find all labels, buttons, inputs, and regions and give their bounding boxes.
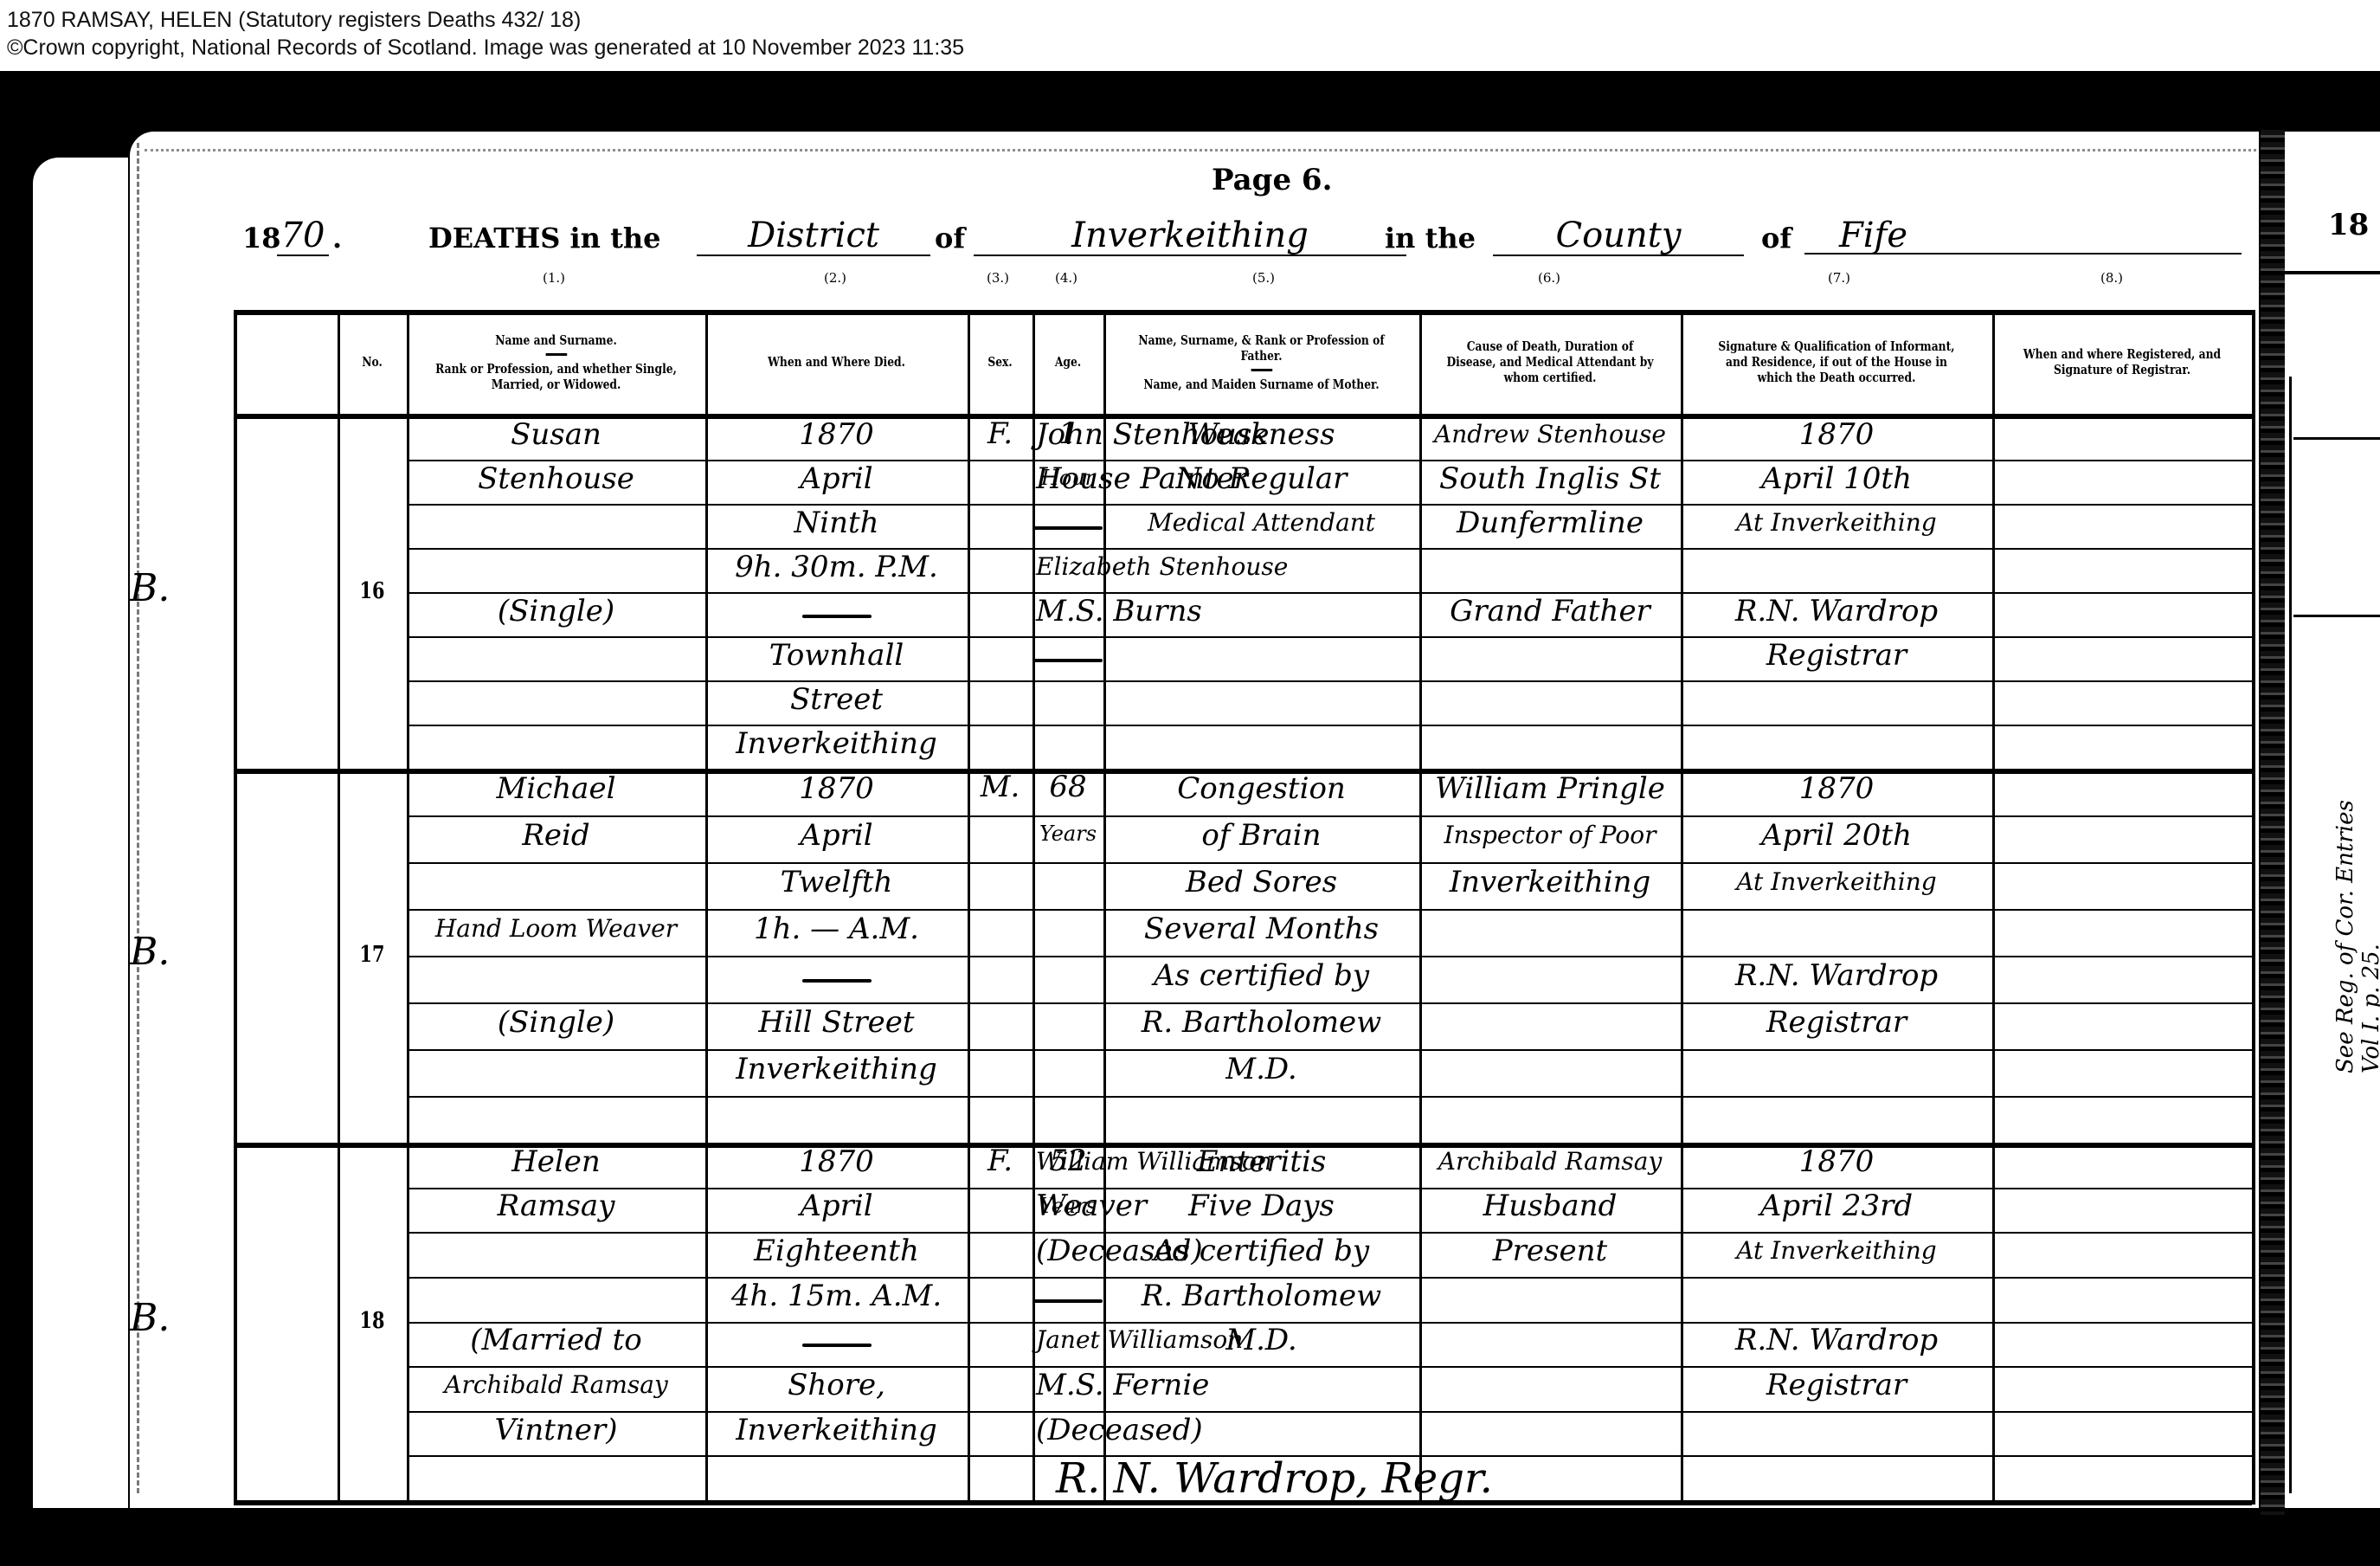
header-parents-bottom: Name, and Maiden Surname of Mother. <box>1143 377 1379 392</box>
registration-line: Registrar <box>1684 1363 1989 1407</box>
facing-page-year: 18 <box>2328 208 2369 242</box>
blank-dash <box>1033 659 1103 662</box>
header-age: Age. <box>1039 310 1097 414</box>
register-heading: 18 70 . DEATHS in the District of Inverk… <box>242 216 2250 260</box>
blank-dash <box>1033 526 1103 530</box>
name-line: Reid <box>410 814 702 857</box>
deaths-register-table: No. Name and Surname.Rank or Profession,… <box>234 310 2252 1505</box>
blank-dash <box>802 979 872 983</box>
name-line: (Single) <box>410 1001 702 1044</box>
age-value: 68 <box>1034 765 1102 809</box>
cause-of-death-line: M.D. <box>1107 1047 1416 1091</box>
age-unit: Years <box>1034 812 1102 855</box>
registration-line: 1870 <box>1684 1140 1989 1183</box>
parents-line: Elizabeth Stenhouse <box>1036 545 1100 589</box>
name-line: Helen <box>410 1140 702 1183</box>
entry-number: 16 <box>344 578 400 604</box>
registration-line: R.N. Wardrop <box>1684 1318 1989 1362</box>
parents-line: (Deceased) <box>1036 1229 1100 1273</box>
when-where-died-line: April <box>709 457 964 500</box>
parents-line: M.S. Fernie <box>1036 1363 1100 1407</box>
entry-number: 17 <box>344 942 400 968</box>
header-parents-top: Name, Surname, & Rank or Profession of F… <box>1138 332 1384 364</box>
column-number: (3.) <box>987 270 1009 286</box>
header-no: No. <box>344 310 401 414</box>
when-where-died-line: Ninth <box>709 501 964 545</box>
column-number: (4.) <box>1055 270 1077 286</box>
sub-row-rule <box>407 680 2252 682</box>
header-name: Name and Surname.Rank or Profession, and… <box>434 310 679 414</box>
registration-line: April 10th <box>1684 457 1989 500</box>
when-where-died-line: Eighteenth <box>709 1229 964 1273</box>
when-where-died-line: April <box>709 814 964 857</box>
when-where-died-line: 1870 <box>709 767 964 810</box>
entry-number: 18 <box>344 1308 400 1334</box>
district-word: District <box>697 216 930 256</box>
in-the-label: in the <box>1385 222 1476 255</box>
age-value: 52 <box>1034 1139 1102 1183</box>
informant-line: Andrew Stenhouse <box>1423 413 1677 456</box>
margin-note-line: See Reg. of Cor. Entries <box>2332 800 2358 1073</box>
when-where-died-line: 1870 <box>709 413 964 456</box>
county-name: Fife <box>1804 216 2242 255</box>
page-edge-line <box>137 143 143 1493</box>
column-rule <box>1681 310 1683 1505</box>
when-where-died-line: April <box>709 1184 964 1228</box>
margin-mark: B. <box>130 566 170 610</box>
of-label: of <box>1761 222 1791 255</box>
county-word: County <box>1493 216 1744 256</box>
column-rule <box>234 310 237 1505</box>
informant-line: Archibald Ramsay <box>1423 1140 1677 1183</box>
registration-line: At Inverkeithing <box>1684 1229 1989 1273</box>
header-parents: Name, Surname, & Rank or Profession of F… <box>1132 310 1391 414</box>
year-suffix: 70 <box>277 216 329 256</box>
year-prefix: 18 <box>242 222 281 255</box>
when-where-died-line: Twelfth <box>709 860 964 904</box>
when-where-died-line: 4h. 15m. A.M. <box>709 1274 964 1318</box>
when-where-died-line: Shore, <box>709 1363 964 1407</box>
name-line: Archibald Ramsay <box>410 1363 702 1407</box>
column-number: (8.) <box>2100 270 2123 286</box>
margin-mark: B. <box>130 1296 170 1340</box>
header-cause: Cause of Death, Duration of Disease, and… <box>1443 310 1657 414</box>
facing-page-row-rule <box>2293 437 2380 440</box>
registration-line: R.N. Wardrop <box>1684 954 1989 997</box>
cause-of-death-line: M.D. <box>1107 1318 1416 1362</box>
cause-of-death-line: of Brain <box>1107 814 1416 857</box>
column-number: (5.) <box>1252 270 1275 286</box>
when-where-died-line: 1h. — A.M. <box>709 907 964 951</box>
column-number: (1.) <box>543 270 565 286</box>
name-line: Susan <box>410 413 702 456</box>
age-value: 1 <box>1034 412 1102 455</box>
registration-line: 1870 <box>1684 767 1989 810</box>
margin-note-corrected-entries: See Reg. of Cor. Entries Vol I. p. 25. 4… <box>2332 800 2380 1073</box>
registration-line: April 20th <box>1684 814 1989 857</box>
column-number: (2.) <box>824 270 846 286</box>
name-line: Michael <box>410 767 702 810</box>
blank-dash <box>802 1344 872 1347</box>
cause-of-death-line: As certified by <box>1107 954 1416 997</box>
name-line: Vintner) <box>410 1408 702 1452</box>
cause-of-death-line: Several Months <box>1107 907 1416 951</box>
column-rule <box>338 310 340 1505</box>
header-informant: Signature & Qualification of Informant, … <box>1708 310 1964 414</box>
informant-line: South Inglis St <box>1423 457 1677 500</box>
cause-of-death-line: Bed Sores <box>1107 860 1416 904</box>
informant-line: Husband <box>1423 1184 1677 1228</box>
informant-line: Inverkeithing <box>1423 860 1677 904</box>
registration-line: Registrar <box>1684 634 1989 677</box>
column-number: (7.) <box>1828 270 1850 286</box>
age-unit: Years <box>1034 1184 1102 1228</box>
column-rule <box>1419 310 1422 1505</box>
column-number: (6.) <box>1538 270 1560 286</box>
registration-line: Registrar <box>1684 1001 1989 1044</box>
column-rule <box>705 310 708 1505</box>
sex-value: F. <box>971 1139 1029 1183</box>
blank-dash <box>802 615 872 618</box>
informant-line: Inspector of Poor <box>1423 814 1677 857</box>
registration-line: April 23rd <box>1684 1184 1989 1228</box>
name-line: Stenhouse <box>410 457 702 500</box>
column-numbers: (1.) (2.) (3.) (4.) (5.) (6.) (7.) (8.) <box>0 270 2380 296</box>
registration-line: At Inverkeithing <box>1684 860 1989 904</box>
cause-of-death-line: No Regular <box>1107 457 1416 500</box>
header-registered: When and where Registered, and Signature… <box>2016 310 2229 414</box>
sub-row-rule <box>407 548 2252 550</box>
column-rule <box>1992 310 1995 1505</box>
parents-line: Janet Williamson <box>1036 1318 1100 1362</box>
margin-mark: B. <box>130 930 170 974</box>
cause-of-death-line: Congestion <box>1107 767 1416 810</box>
when-where-died-line: Inverkeithing <box>709 1408 964 1452</box>
facing-page-column-rule <box>2289 377 2296 1493</box>
informant-line: Present <box>1423 1229 1677 1273</box>
parents-line: M.S. Burns <box>1036 590 1100 633</box>
name-line: Ramsay <box>410 1184 702 1228</box>
page-number-label: Page 6. <box>1212 163 1332 197</box>
when-where-died-line: 1870 <box>709 1140 964 1183</box>
page-edge-top-line <box>145 149 2256 154</box>
age-unit: Hour <box>1034 456 1102 499</box>
sex-value: M. <box>971 765 1029 809</box>
when-where-died-line: 9h. 30m. P.M. <box>709 545 964 589</box>
header-name-bottom: Rank or Profession, and whether Single, … <box>435 361 677 392</box>
of-label: of <box>935 222 965 255</box>
cause-of-death-line: R. Bartholomew <box>1107 1274 1416 1318</box>
column-rule <box>407 310 409 1505</box>
margin-note-line: Vol I. p. 25. <box>2358 800 2380 1073</box>
when-where-died-line: Townhall <box>709 634 964 677</box>
blank-dash <box>1033 1299 1103 1303</box>
copyright-notice: ©Crown copyright, National Records of Sc… <box>7 35 964 61</box>
deaths-label: DEATHS in the <box>428 222 660 255</box>
informant-line: Dunfermline <box>1423 501 1677 545</box>
sub-row-rule <box>407 725 2252 726</box>
book-spine <box>2261 130 2285 1515</box>
header-name-top: Name and Surname. <box>495 332 616 348</box>
informant-line: Grand Father <box>1423 590 1677 633</box>
column-rule <box>968 310 970 1505</box>
cause-of-death-line: Enteritis <box>1107 1140 1416 1183</box>
when-where-died-line: Inverkeithing <box>709 722 964 765</box>
informant-line: William Pringle <box>1423 767 1677 810</box>
column-rule <box>2252 310 2255 1505</box>
table-top-rule <box>234 310 2252 315</box>
registration-line: At Inverkeithing <box>1684 501 1989 545</box>
sub-row-rule <box>407 1096 2252 1098</box>
previous-page-edge <box>33 158 128 1508</box>
cause-of-death-line: Weakness <box>1107 413 1416 456</box>
when-where-died-line: Inverkeithing <box>709 1047 964 1091</box>
header-sex: Sex. <box>974 310 1027 414</box>
when-where-died-line: Hill Street <box>709 1001 964 1044</box>
name-line: Hand Loom Weaver <box>410 907 702 951</box>
cause-of-death-line: Medical Attendant <box>1107 501 1416 545</box>
cause-of-death-line: Five Days <box>1107 1184 1416 1228</box>
cause-of-death-line: R. Bartholomew <box>1107 1001 1416 1044</box>
parents-line: (Deceased) <box>1036 1408 1100 1452</box>
cause-of-death-line: As certified by <box>1107 1229 1416 1273</box>
name-line: (Married to <box>410 1318 702 1362</box>
district-name: Inverkeithing <box>974 216 1406 256</box>
name-line: (Single) <box>410 590 702 633</box>
registration-line: R.N. Wardrop <box>1684 590 1989 633</box>
registrar-signature: R. N. Wardrop, Regr. <box>1056 1454 1493 1503</box>
when-where-died-line: Street <box>709 678 964 721</box>
record-title: 1870 RAMSAY, HELEN (Statutory registers … <box>7 7 581 33</box>
header-when-where: When and Where Died. <box>729 310 943 414</box>
sex-value: F. <box>971 412 1029 455</box>
facing-page-row-rule <box>2293 615 2380 617</box>
registration-line: 1870 <box>1684 413 1989 456</box>
